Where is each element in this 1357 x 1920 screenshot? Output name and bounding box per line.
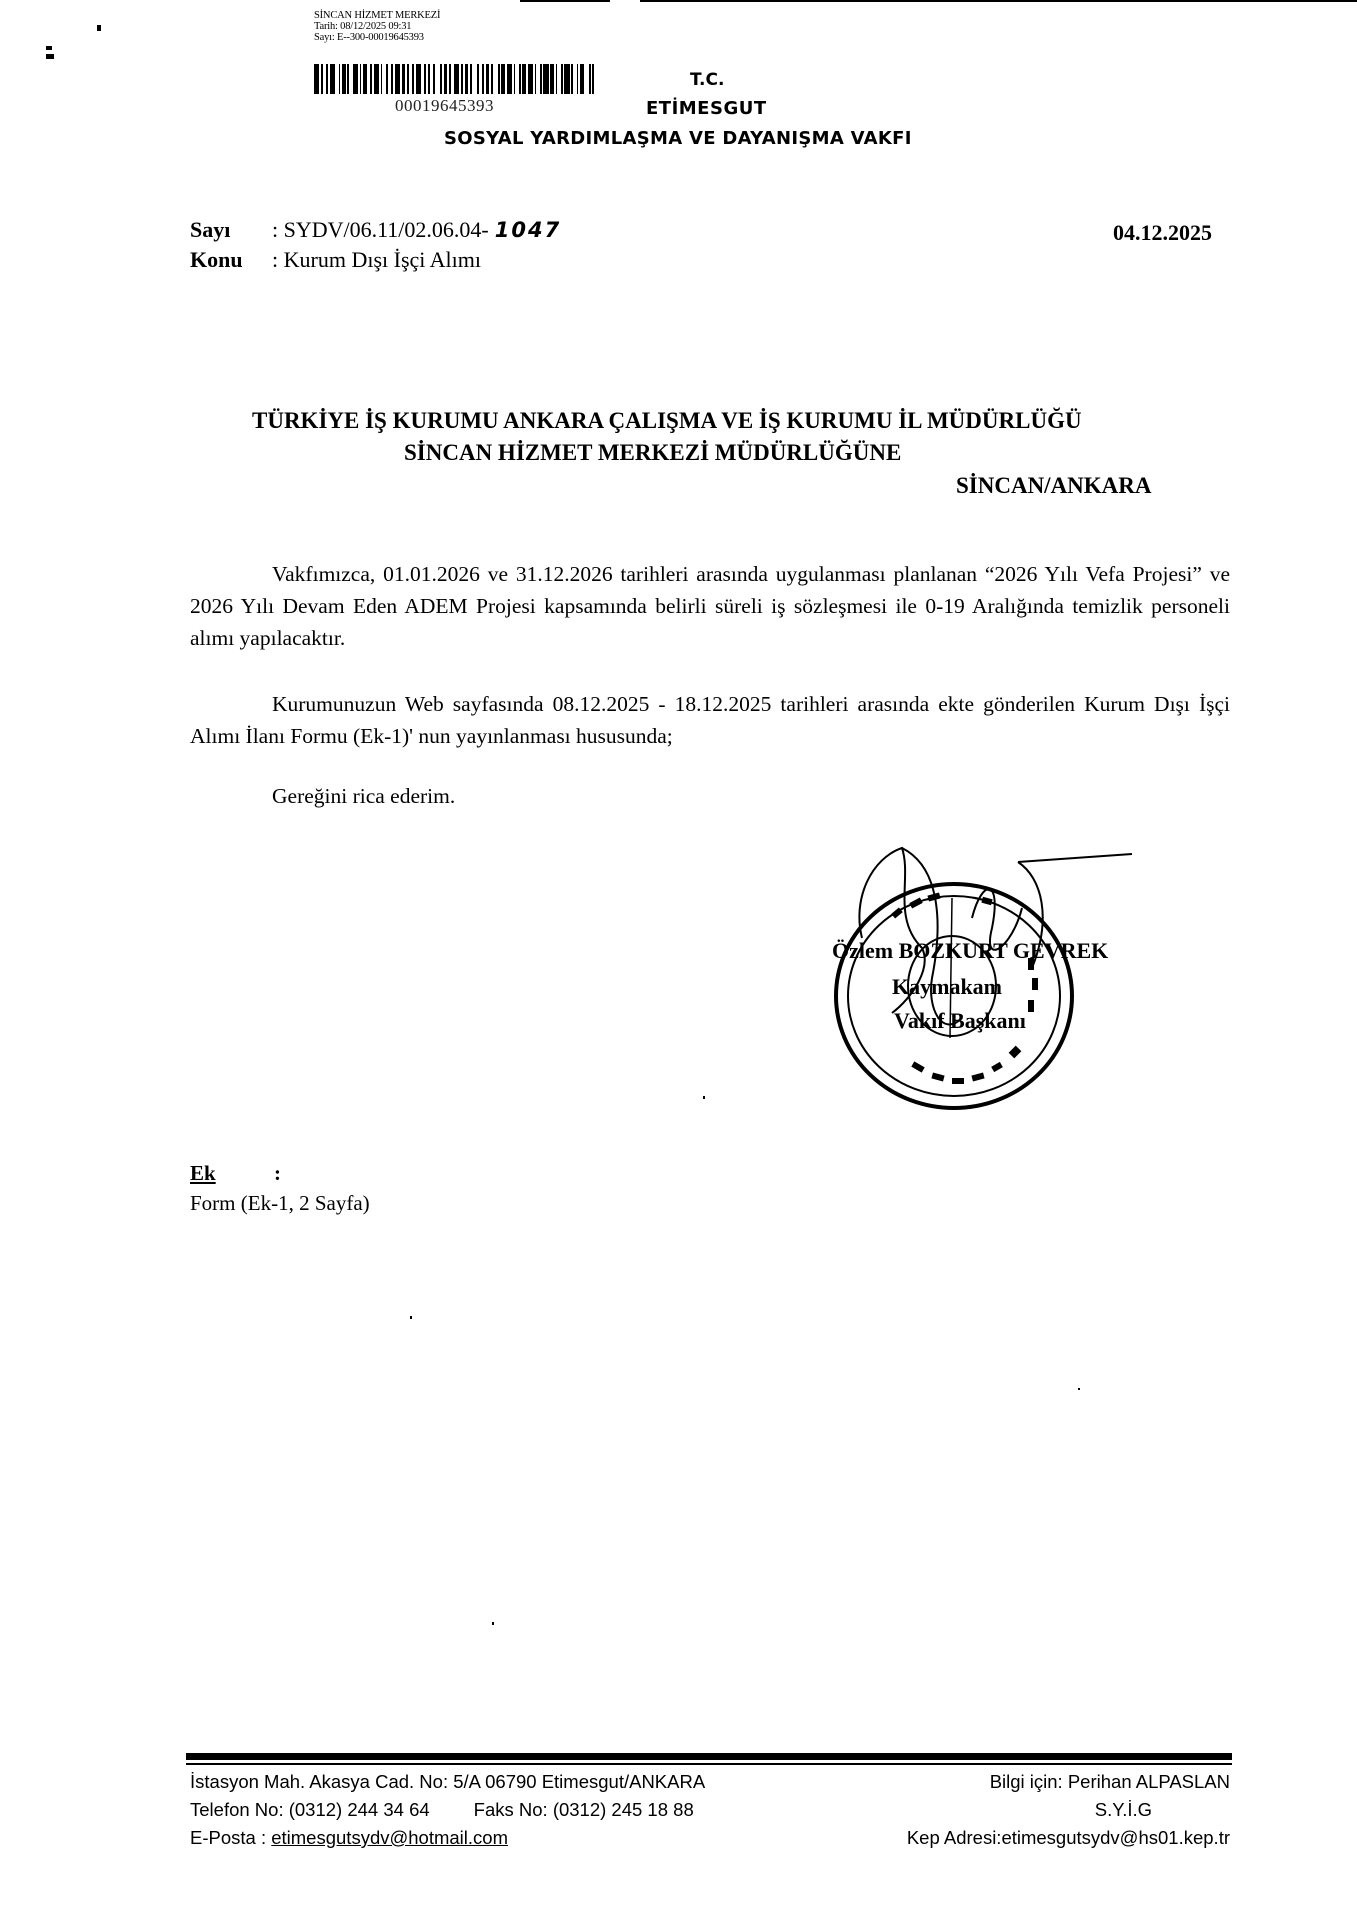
konu-row: Konu: Kurum Dışı İşçi Alımı (190, 246, 481, 274)
footer-email-label: E-Posta : (190, 1827, 271, 1848)
footer-contact: İstasyon Mah. Akasya Cad. No: 5/A 06790 … (190, 1768, 705, 1852)
stamp-number: Sayı: E--300-00019645393 (314, 32, 440, 43)
addressee-line-3: SİNCAN/ANKARA (956, 470, 1152, 502)
scan-speck (1078, 1388, 1080, 1390)
addressee-line-1: TÜRKİYE İŞ KURUMU ANKARA ÇALIŞMA VE İŞ K… (252, 405, 1082, 437)
sayi-value: : SYDV/06.11/02.06.04- (272, 217, 489, 242)
footer-phone-row: Telefon No: (0312) 244 34 64Faks No: (03… (190, 1796, 705, 1824)
footer-address: İstasyon Mah. Akasya Cad. No: 5/A 06790 … (190, 1768, 705, 1796)
barcode-icon (314, 64, 598, 94)
attachment-heading: Ek: (190, 1158, 370, 1188)
footer-kep-address: Kep Adresi:etimesgutsydv@hs01.kep.tr (907, 1824, 1230, 1852)
footer-info-title: S.Y.İ.G (907, 1796, 1230, 1824)
signatory-title-2: Vakıf Başkanı (894, 1008, 1026, 1034)
paragraph-text: Kurumunuzun Web sayfasında 08.12.2025 - … (190, 688, 1230, 752)
attachment-colon: : (274, 1161, 281, 1185)
body-paragraph-2: Kurumunuzun Web sayfasında 08.12.2025 - … (190, 688, 1230, 752)
signature-block: Özlem BOZKURT GEVREK Kaymakam Vakıf Başk… (832, 838, 1212, 1118)
footer-info-contact: Bilgi için: Perihan ALPASLAN (907, 1768, 1230, 1796)
scan-speck (46, 46, 52, 50)
scan-speck (97, 25, 101, 31)
konu-value: : Kurum Dışı İşçi Alımı (272, 247, 481, 272)
footer-phone: Telefon No: (0312) 244 34 64 (190, 1799, 430, 1820)
closing-text: Gereğini rica ederim. (190, 780, 1230, 812)
closing-paragraph: Gereğini rica ederim. (190, 780, 1230, 812)
letterhead-organization: SOSYAL YARDIMLAŞMA VE DAYANIŞMA VAKFI (444, 128, 912, 149)
signatory-title-1: Kaymakam (892, 974, 1002, 1000)
scan-speck (46, 54, 54, 59)
scan-speck (410, 1316, 412, 1319)
scan-edge-line (640, 0, 1357, 2)
attachment-section: Ek: Form (Ek-1, 2 Sayfa) (190, 1158, 370, 1218)
footer-fax: Faks No: (0312) 245 18 88 (474, 1799, 694, 1820)
stamp-date: Tarih: 08/12/2025 09:31 (314, 21, 440, 32)
scan-edge-line (520, 0, 610, 2)
sayi-label: Sayı (190, 216, 272, 244)
letterhead-tc: T.C. (690, 70, 724, 90)
document-date: 04.12.2025 (1113, 220, 1212, 246)
footer-email-row: E-Posta : etimesgutsydv@hotmail.com (190, 1824, 705, 1852)
konu-label: Konu (190, 246, 272, 274)
official-seal-icon (832, 838, 1212, 1118)
footer-divider (186, 1763, 1232, 1765)
attachment-label: Ek (190, 1158, 274, 1188)
signatory-name: Özlem BOZKURT GEVREK (832, 938, 1108, 964)
footer-divider (186, 1753, 1232, 1760)
footer-info: Bilgi için: Perihan ALPASLAN S.Y.İ.G Kep… (907, 1768, 1230, 1852)
sayi-row: Sayı: SYDV/06.11/02.06.04-1047 (190, 216, 561, 244)
scan-speck (492, 1622, 494, 1625)
stamp-office: SİNCAN HİZMET MERKEZİ (314, 10, 440, 21)
sayi-handwritten-number: 1047 (495, 218, 561, 242)
footer-email-link[interactable]: etimesgutsydv@hotmail.com (271, 1827, 508, 1848)
scan-speck (703, 1096, 705, 1099)
addressee-line-2: SİNCAN HİZMET MERKEZİ MÜDÜRLÜĞÜNE (404, 437, 901, 469)
attachment-item: Form (Ek-1, 2 Sayfa) (190, 1188, 370, 1218)
registry-stamp: SİNCAN HİZMET MERKEZİ Tarih: 08/12/2025 … (314, 10, 440, 43)
body-paragraph-1: Vakfımızca, 01.01.2026 ve 31.12.2026 tar… (190, 558, 1230, 654)
letterhead-city: ETİMESGUT (646, 98, 767, 119)
paragraph-text: Vakfımızca, 01.01.2026 ve 31.12.2026 tar… (190, 558, 1230, 654)
barcode-number: 00019645393 (395, 96, 494, 116)
